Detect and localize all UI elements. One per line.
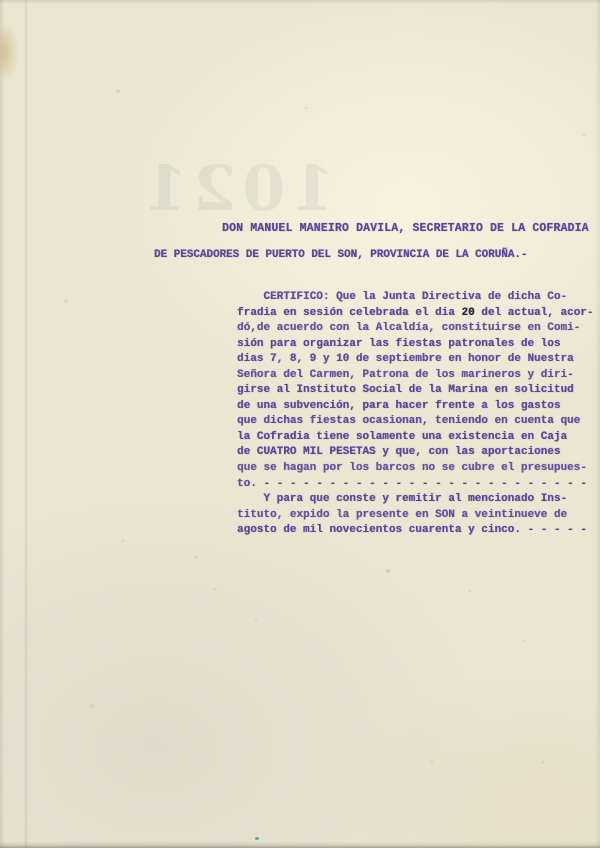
document-title-line-2: DE PESCADORES DE PUERTO DEL SON, PROVINC… xyxy=(154,249,527,261)
fold-crease xyxy=(24,0,28,848)
typewritten-line: sión para organizar las fiestas patronal… xyxy=(237,337,593,353)
typewritten-line: dó,de acuerdo con la Alcaldía, constitui… xyxy=(237,321,593,337)
typewritten-line: la Cofradia tiene solamente una existenc… xyxy=(237,430,593,446)
typewritten-line: CERTIFICO: Que la Junta Directiva de dic… xyxy=(237,290,593,306)
typewritten-line: de una subvención, para hacer frente a l… xyxy=(237,399,593,415)
typewritten-line: girse al Instituto Social de la Marina e… xyxy=(237,383,593,399)
bleedthrough-number: 1021 xyxy=(138,152,335,225)
typewritten-line: agosto de mil novecientos cuarenta y cin… xyxy=(237,523,593,539)
typewritten-line: dias 7, 8, 9 y 10 de septiembre en honor… xyxy=(237,352,593,368)
document-body: CERTIFICO: Que la Junta Directiva de dic… xyxy=(237,290,593,539)
typewritten-line: fradia en sesión celebrada el dia 20 del… xyxy=(237,306,593,322)
typewritten-line: que dichas fiestas ocasionan, teniendo e… xyxy=(237,414,593,430)
ink-speck xyxy=(255,837,259,840)
typewritten-line: Y para que conste y remitir al mencionad… xyxy=(237,492,593,508)
document-page: 1021 DON MANUEL MANEIRO DAVILA, SECRETAR… xyxy=(0,0,600,848)
typewritten-line: de CUATRO MIL PESETAS y que, con las apo… xyxy=(237,445,593,461)
typewritten-line: tituto, expido la presente en SON a vein… xyxy=(237,508,593,524)
document-title-line-1: DON MANUEL MANEIRO DAVILA, SECRETARIO DE… xyxy=(222,222,589,235)
typewritten-line: Señora del Carmen, Patrona de los marine… xyxy=(237,368,593,384)
dark-ink-run: 20 xyxy=(461,307,474,319)
typewritten-line: que se hagan por los barcos no se cubre … xyxy=(237,461,593,477)
typewritten-line: to. - - - - - - - - - - - - - - - - - - … xyxy=(237,477,593,493)
